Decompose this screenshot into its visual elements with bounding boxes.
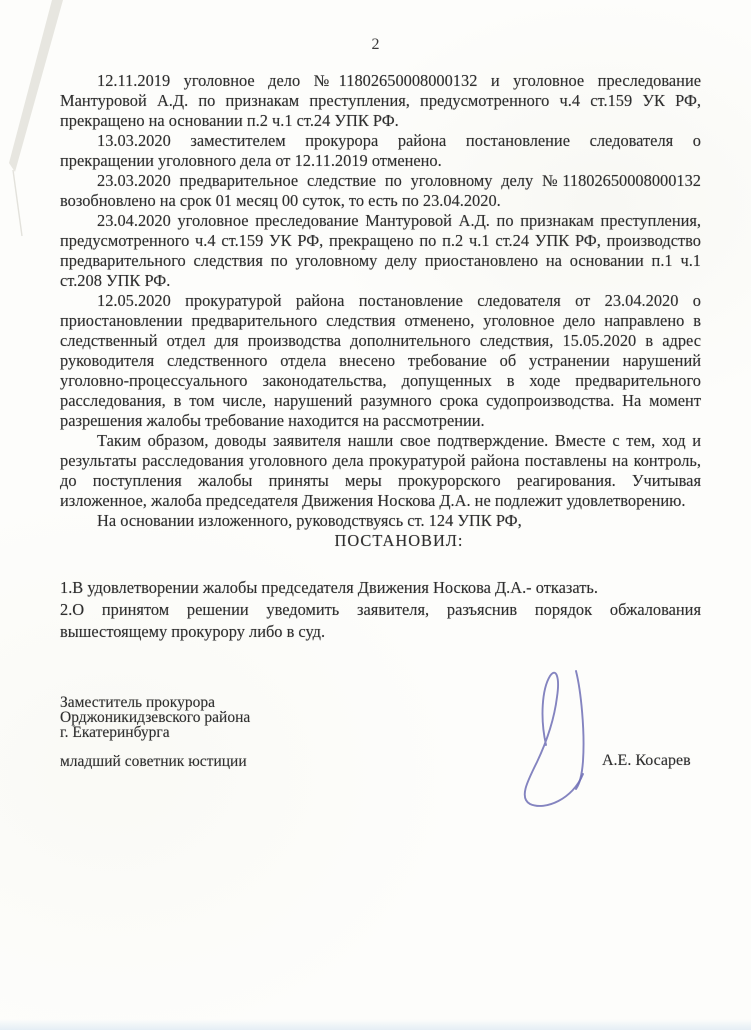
resolution-items: 1.В удовлетворении жалобы председателя Д… xyxy=(60,577,701,643)
signatory-rank: младший советник юстиции xyxy=(60,754,250,769)
paragraph: 23.04.2020 уголовное преследование Манту… xyxy=(60,211,701,291)
paragraph: 12.11.2019 уголовное дело №1180265000800… xyxy=(60,71,701,131)
signatory-name: А.Е. Косарев xyxy=(602,752,691,770)
signatory-position-line: Заместитель прокурора xyxy=(60,695,250,710)
paragraph: На основании изложенного, руководствуясь… xyxy=(60,511,701,531)
signature-section: Заместитель прокурора Орджоникидзевского… xyxy=(60,695,701,845)
signatory-position-line: Орджоникидзевского района xyxy=(60,710,250,725)
resolution-item: 1.В удовлетворении жалобы председателя Д… xyxy=(60,577,701,599)
document-body: 12.11.2019 уголовное дело №1180265000800… xyxy=(60,71,701,643)
signatory-position-line: г. Екатеринбурга xyxy=(60,725,250,740)
paragraph: 13.03.2020 заместителем прокурора района… xyxy=(60,131,701,171)
resolution-heading: ПОСТАНОВИЛ: xyxy=(60,531,701,551)
paragraph: 12.05.2020 прокуратурой района постановл… xyxy=(60,291,701,431)
handwritten-signature xyxy=(510,663,615,818)
page-number: 2 xyxy=(0,36,751,54)
paragraph: 23.03.2020 предварительное следствие по … xyxy=(60,171,701,211)
resolution-item: 2.О принятом решении уведомить заявителя… xyxy=(60,599,701,643)
scanned-document-page: 2 12.11.2019 уголовное дело №11802650008… xyxy=(0,0,751,1030)
scan-edge-artifact xyxy=(0,1019,751,1030)
signatory-position-block: Заместитель прокурора Орджоникидзевского… xyxy=(60,695,250,769)
paragraph: Таким образом, доводы заявителя нашли св… xyxy=(60,431,701,511)
